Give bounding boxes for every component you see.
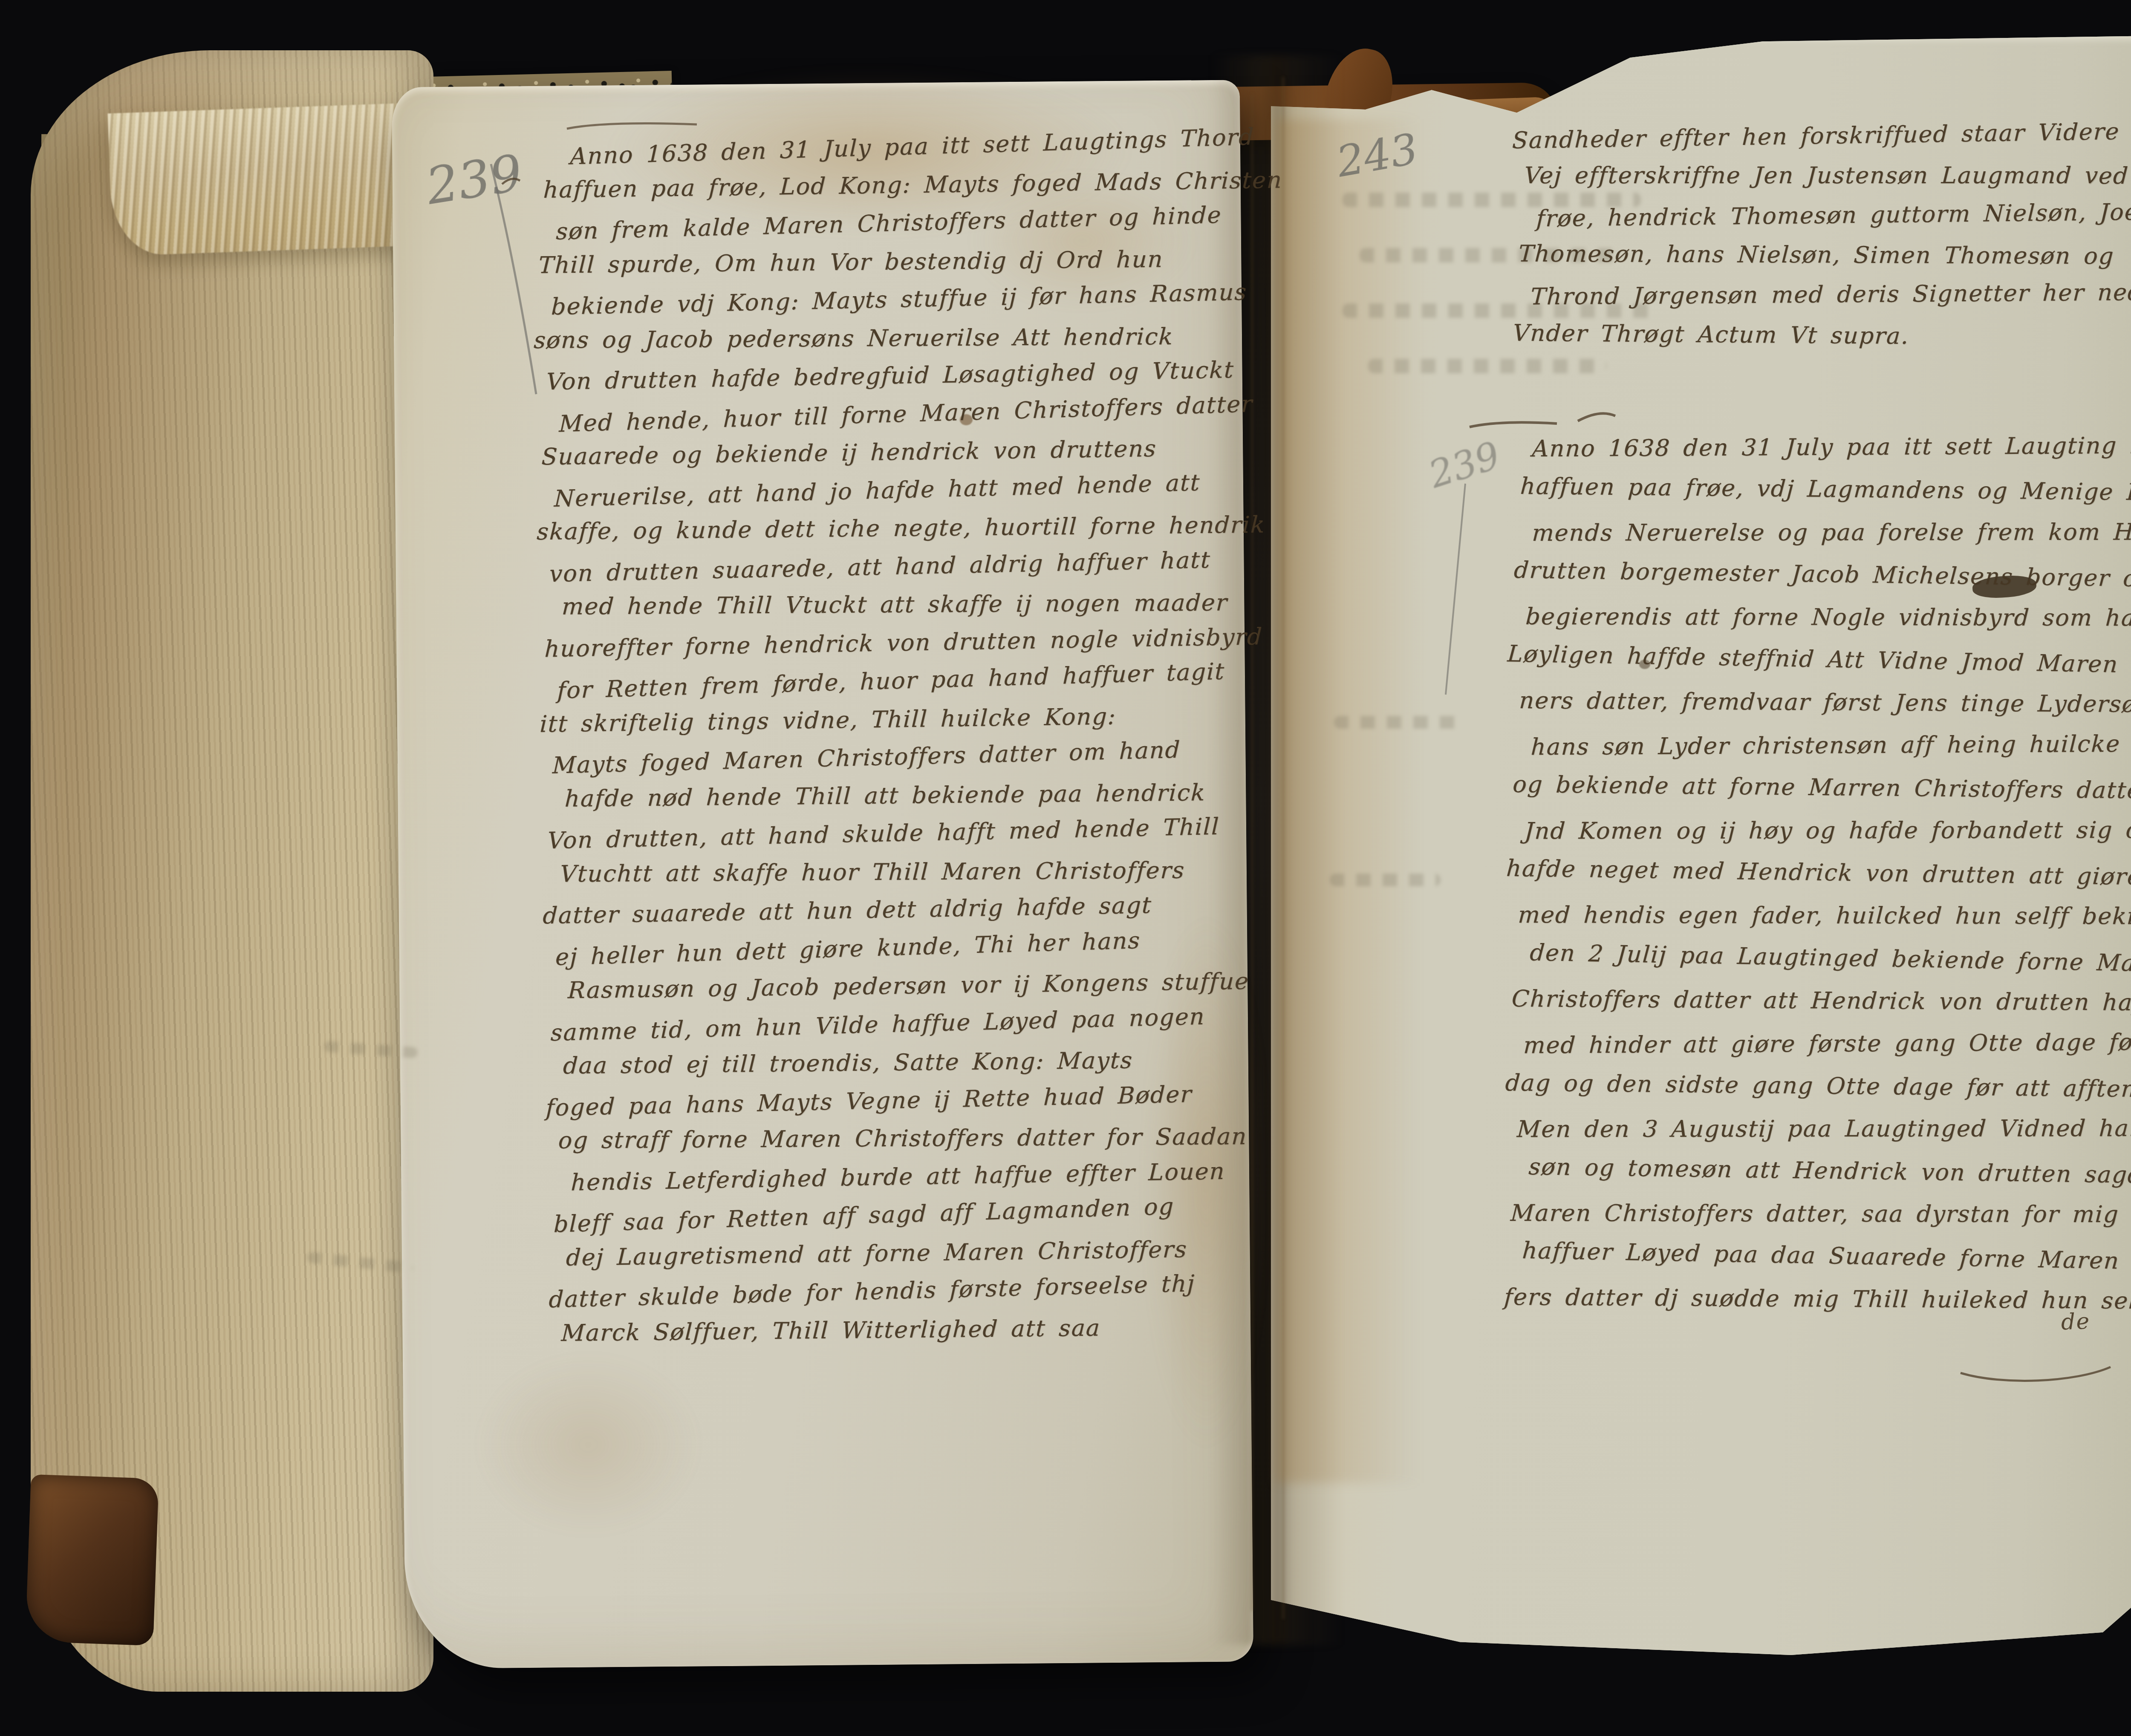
pencil-stroke-right (1446, 484, 1465, 695)
dash-over-anno-right-1 (1470, 422, 1557, 427)
dash-over-anno-right-2 (1578, 413, 1615, 421)
catchword-flourish (1961, 1367, 2111, 1381)
ink-tick (502, 179, 520, 185)
flourish-over-anno-left (567, 124, 697, 129)
pen-strokes-overlay (0, 0, 2131, 1736)
pencil-stroke-left (491, 164, 536, 394)
photo-stage: 239 243 239 Anno 1638 den 31 July paa it… (0, 0, 2131, 1736)
